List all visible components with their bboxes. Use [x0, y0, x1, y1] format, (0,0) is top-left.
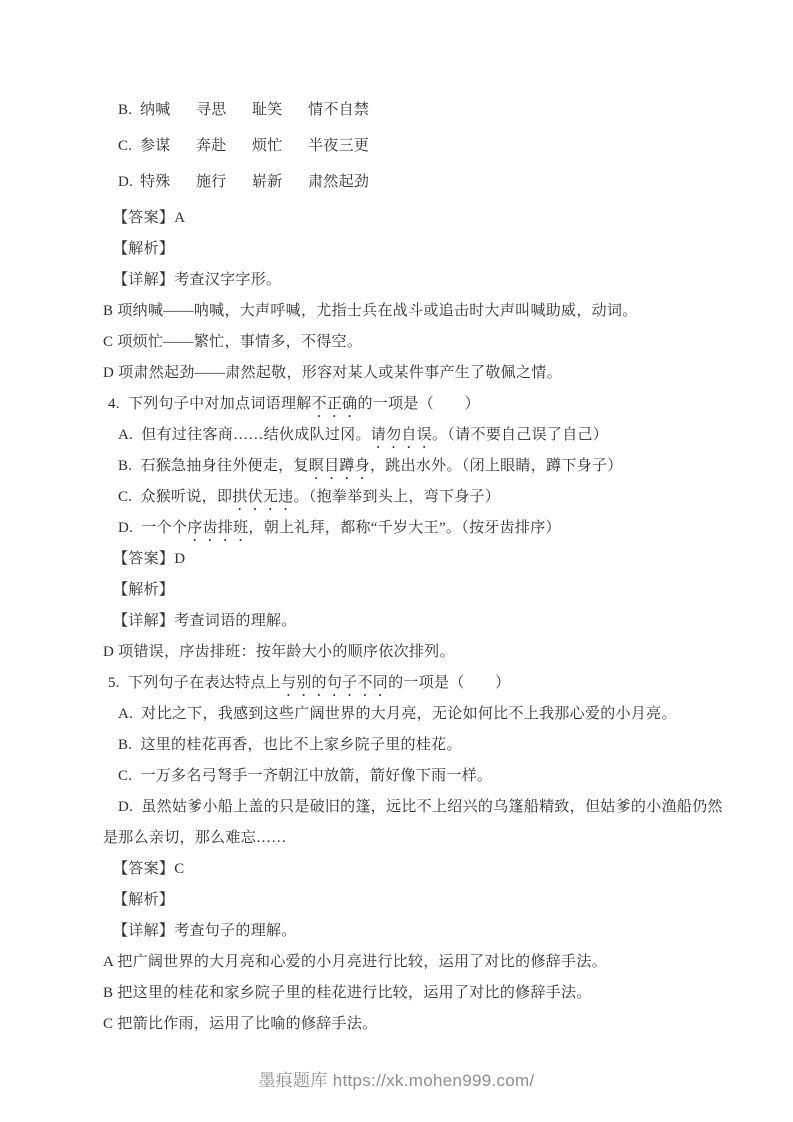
exam-page: B.纳喊寻思耻笑情不自禁C.参谋奔赴烦忙半夜三更D.特殊施行崭新肃然起劲【答案】…: [0, 0, 793, 1122]
wordlist-line: D.特殊施行崭新肃然起劲: [103, 172, 723, 192]
text-segment: B 项纳喊——呐喊，大声呼喊，尤指士兵在战斗或追击时大声叫喊助威，动词。: [103, 303, 638, 319]
text-segment: 【答案】D: [113, 551, 185, 567]
option-line: A. 但有过往客商……结伙成队过冈。请勿自误。（请不要自己误了自己）: [103, 425, 723, 445]
text-segment: 的一项是（ ）: [357, 396, 479, 412]
answer-line: 【答案】A: [103, 208, 723, 228]
text-segment: 4. 下列句子中对加点词语理解: [108, 396, 312, 412]
emphasized-text: 请勿自误: [371, 427, 432, 443]
text-segment: C. 众猴听说，即: [118, 489, 232, 505]
text-segment: B. 这里的桂花再香，也比不上家乡院子里的桂花。: [118, 737, 462, 753]
expl-line: C 项烦忙——繁忙，事情多，不得空。: [103, 332, 723, 352]
text-segment: 。（请不要自己误了自己）: [432, 427, 608, 443]
page-footer: 墨痕题库 https://xk.mohen999.com/: [0, 1066, 793, 1091]
word-item: 耻笑: [252, 100, 308, 120]
text-segment: B. 石猴急抽身往外便走，复: [118, 458, 309, 474]
word-item: 参谋: [140, 136, 196, 156]
text-segment: C 项烦忙——繁忙，事情多，不得空。: [103, 334, 362, 350]
option-line: B. 石猴急抽身往外便走，复瞑目蹲身，跳出水外。（闭上眼睛，蹲下身子）: [103, 456, 723, 476]
wordlist-line: C.参谋奔赴烦忙半夜三更: [103, 136, 723, 156]
word-item: 施行: [196, 172, 252, 192]
word-item: 崭新: [252, 172, 308, 192]
footer-site-name: 墨痕题库: [258, 1071, 327, 1090]
text-segment: 【详解】考查词语的理解。: [113, 613, 297, 629]
expl-line: C 把箭比作雨，运用了比喻的修辞手法。: [103, 1014, 723, 1034]
option-line: A. 对比之下，我感到这些广阔世界的大月亮，无论如何比不上我那心爱的小月亮。: [103, 704, 723, 724]
text-segment: 【详解】考查汉字字形。: [113, 272, 281, 288]
answer-line: 【解析】: [103, 580, 723, 600]
word-item: 奔赴: [196, 136, 252, 156]
text-segment: D. 虽然姑爹小船上盖的只是破旧的篷，远比不上绍兴的乌篷船精致，但姑爹的小渔船仍…: [118, 799, 723, 815]
expl-line: D 项错误，序齿排班：按年龄大小的顺序依次排列。: [103, 642, 723, 662]
document-body: B.纳喊寻思耻笑情不自禁C.参谋奔赴烦忙半夜三更D.特殊施行崭新肃然起劲【答案】…: [103, 100, 723, 1045]
text-segment: D. 一个个: [118, 520, 187, 536]
option-line: D. 一个个序齿排班，朝上礼拜，都称“千岁大王”。（按牙齿排序）: [103, 518, 723, 538]
text-segment: 【答案】A: [113, 210, 185, 226]
option-line: D. 虽然姑爹小船上盖的只是破旧的篷，远比不上绍兴的乌篷船精致，但姑爹的小渔船仍…: [103, 797, 723, 817]
text-segment: 5. 下列句子在表达特点上: [108, 675, 281, 691]
text-segment: 。（抱拳举到头上，弯下身子）: [293, 489, 500, 505]
word-item: 寻思: [196, 100, 252, 120]
emphasized-text: 与别的句子不同: [281, 675, 388, 691]
expl-line: A 把广阔世界的大月亮和心爱的小月亮进行比较，运用了对比的修辞手法。: [103, 952, 723, 972]
word-item: 烦忙: [252, 136, 308, 156]
text-segment: ，朝上礼拜，都称“千岁大王”。（按牙齿排序）: [248, 520, 560, 536]
word-item: 特殊: [140, 172, 196, 192]
emphasized-text: 瞑目蹲身: [309, 458, 370, 474]
text-segment: B 把这里的桂花和家乡院子里的桂花进行比较，运用了对比的修辞手法。: [103, 985, 592, 1001]
text-segment: C. 一万多名弓弩手一齐朝江中放箭，箭好像下雨一样。: [118, 768, 492, 784]
word-item: 肃然起劲: [308, 172, 369, 192]
text-segment: 的一项是（ ）: [388, 675, 510, 691]
question-line: 5. 下列句子在表达特点上与别的句子不同的一项是（ ）: [103, 673, 723, 693]
answer-line: 【解析】: [103, 890, 723, 910]
expl-line: 是那么亲切，那么难忘……: [103, 828, 723, 848]
text-segment: 【详解】考查句子的理解。: [113, 923, 297, 939]
word-item: 纳喊: [140, 100, 196, 120]
text-segment: A 把广阔世界的大月亮和心爱的小月亮进行比较，运用了对比的修辞手法。: [103, 954, 607, 970]
footer-site-url[interactable]: https://xk.mohen999.com/: [333, 1071, 535, 1090]
text-segment: C 把箭比作雨，运用了比喻的修辞手法。: [103, 1016, 377, 1032]
word-item: 半夜三更: [308, 136, 369, 156]
text-segment: 【解析】: [113, 582, 174, 598]
option-label: D.: [118, 172, 140, 192]
expl-line: B 项纳喊——呐喊，大声呼喊，尤指士兵在战斗或追击时大声叫喊助威，动词。: [103, 301, 723, 321]
option-line: C. 众猴听说，即拱伏无违。（抱拳举到头上，弯下身子）: [103, 487, 723, 507]
text-segment: 是那么亲切，那么难忘……: [103, 830, 287, 846]
option-label: B.: [118, 100, 140, 120]
answer-line: 【解析】: [103, 239, 723, 259]
answer-line: 【详解】考查句子的理解。: [103, 921, 723, 941]
question-line: 4. 下列句子中对加点词语理解不正确的一项是（ ）: [103, 394, 723, 414]
emphasized-text: 拱伏无违: [232, 489, 293, 505]
emphasized-text: 不正确: [312, 396, 358, 412]
text-segment: D 项肃然起劲——肃然起敬，形容对某人或某件事产生了敬佩之情。: [103, 365, 562, 381]
option-label: C.: [118, 136, 140, 156]
text-segment: A. 对比之下，我感到这些广阔世界的大月亮，无论如何比不上我那心爱的小月亮。: [118, 706, 677, 722]
option-line: C. 一万多名弓弩手一齐朝江中放箭，箭好像下雨一样。: [103, 766, 723, 786]
wordlist-line: B.纳喊寻思耻笑情不自禁: [103, 100, 723, 120]
text-segment: D 项错误，序齿排班：按年龄大小的顺序依次排列。: [103, 644, 455, 660]
text-segment: A. 但有过往客商……结伙成队过冈。: [118, 427, 371, 443]
text-segment: ，跳出水外。（闭上眼睛，蹲下身子）: [370, 458, 623, 474]
option-line: B. 这里的桂花再香，也比不上家乡院子里的桂花。: [103, 735, 723, 755]
answer-line: 【答案】C: [103, 859, 723, 879]
word-item: 情不自禁: [308, 100, 369, 120]
emphasized-text: 序齿排班: [187, 520, 248, 536]
answer-line: 【详解】考查汉字字形。: [103, 270, 723, 290]
expl-line: B 把这里的桂花和家乡院子里的桂花进行比较，运用了对比的修辞手法。: [103, 983, 723, 1003]
answer-line: 【答案】D: [103, 549, 723, 569]
text-segment: 【答案】C: [113, 861, 185, 877]
expl-line: D 项肃然起劲——肃然起敬，形容对某人或某件事产生了敬佩之情。: [103, 363, 723, 383]
answer-line: 【详解】考查词语的理解。: [103, 611, 723, 631]
text-segment: 【解析】: [113, 892, 174, 908]
text-segment: 【解析】: [113, 241, 174, 257]
